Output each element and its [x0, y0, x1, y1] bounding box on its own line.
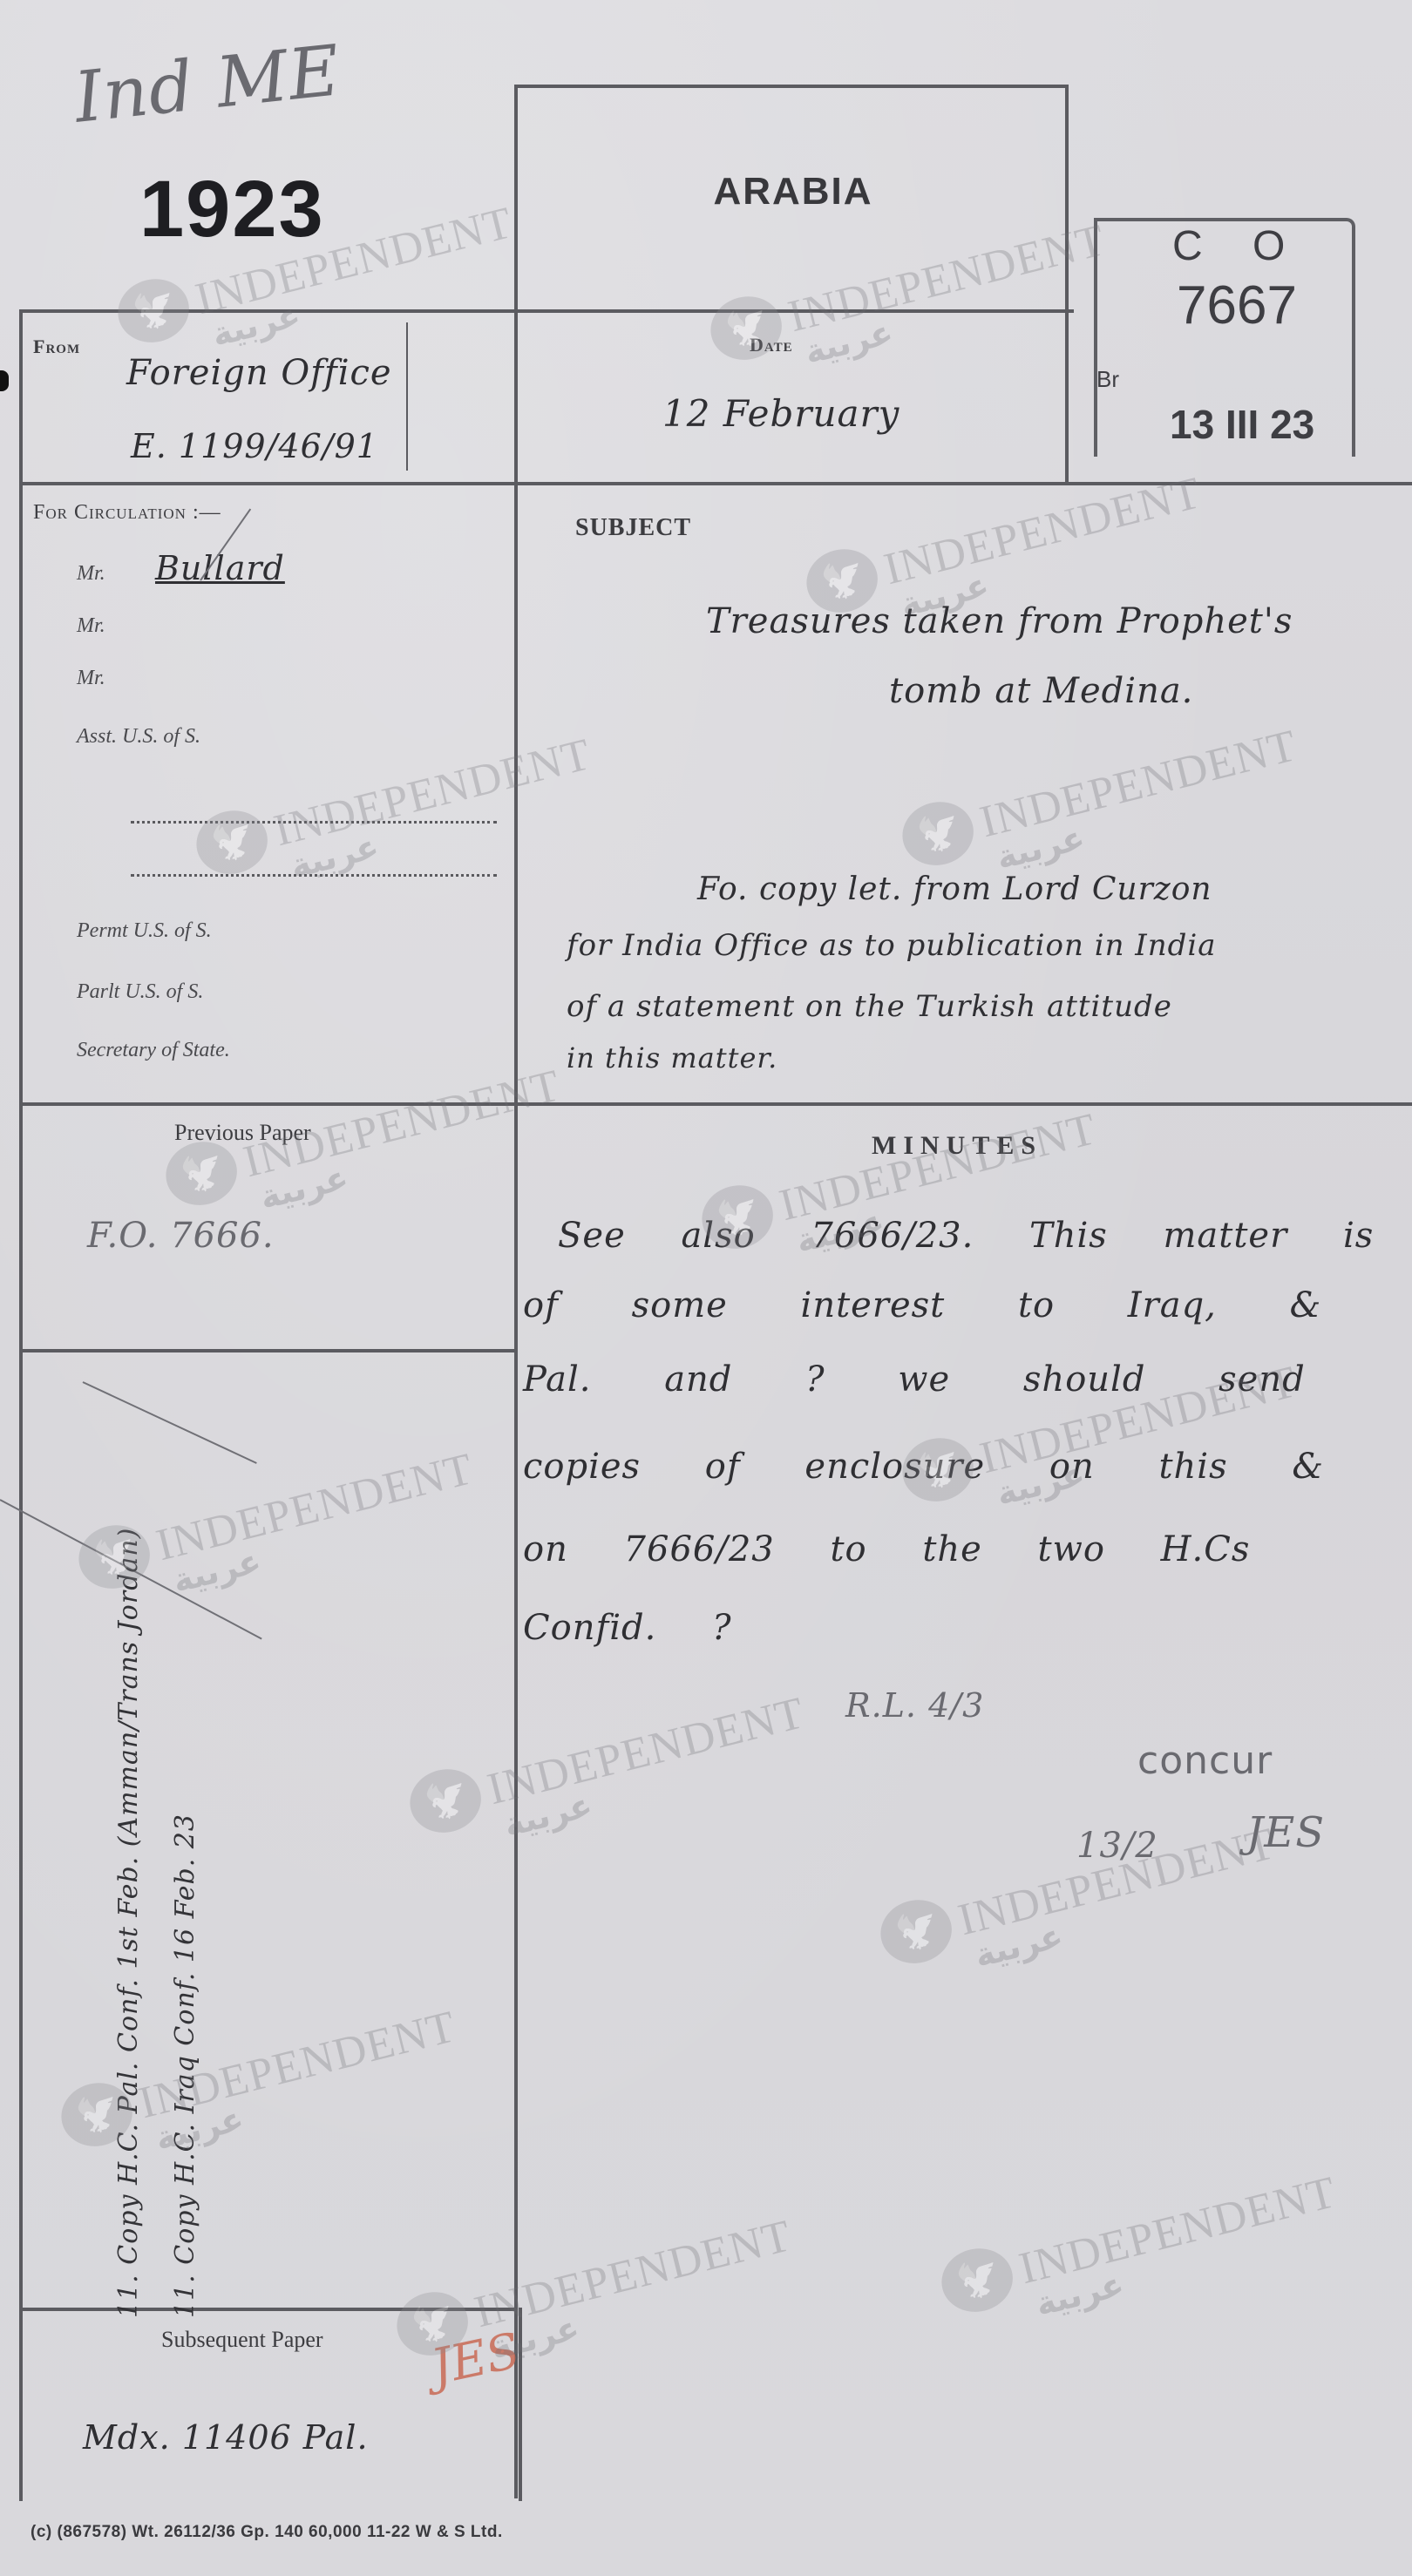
side-note-line-2: 11. Copy H.C. Iraq Conf. 16 Feb. 23 — [170, 1813, 200, 2318]
eagle-logo-icon — [404, 1762, 488, 1840]
arabia-box-top — [514, 85, 1069, 88]
subject-label: SUBJECT — [575, 514, 691, 542]
watermark: INDEPENDENTعربية — [404, 1681, 818, 1865]
subject-row-top-rule — [19, 482, 1412, 485]
bracket-stroke-2 — [83, 1381, 257, 1464]
minutes-line-5: on 7666/23 to the two H.Cs — [523, 1529, 1250, 1569]
minutes-label: MINUTES — [872, 1131, 1042, 1161]
from-label: From — [33, 336, 80, 358]
subject-body-line1: Fo. copy let. from Lord Curzon — [697, 871, 1212, 907]
subject-body-line3: of a statement on the Turkish attitude — [567, 989, 1172, 1024]
country-heading: ARABIA — [514, 170, 1072, 214]
eagle-logo-icon — [935, 2241, 1020, 2320]
subject-title-line1: Treasures taken from Prophet's — [706, 601, 1293, 641]
circulation-label: For Circulation :— — [33, 501, 221, 525]
stamp-dept: C O — [1172, 222, 1304, 270]
previous-paper-bottom-rule — [19, 1349, 516, 1352]
handwritten-tag: Ind ME — [71, 30, 344, 138]
red-initials-stamp: JES — [426, 2322, 525, 2396]
circulation-lower-3: Secretary of State. — [77, 1039, 230, 1062]
previous-paper-value: F.O. 7666. — [87, 1216, 275, 1256]
watermark: INDEPENDENTعربية — [896, 714, 1310, 898]
minutes-top-rule — [19, 1102, 1412, 1106]
stamp-side-mark: Br — [1096, 366, 1119, 393]
eagle-logo-icon — [160, 1135, 244, 1213]
from-row-top-rule — [19, 309, 1074, 313]
circulation-title-4: Asst. U.S. of S. — [77, 725, 200, 749]
subsequent-right-rule — [519, 2308, 522, 2501]
minutes-line-6: Confid. ? — [523, 1608, 732, 1648]
eagle-logo-icon — [874, 1893, 959, 1971]
circulation-name-1: Bullard — [155, 549, 285, 587]
center-column-rule — [514, 85, 518, 2498]
minutes-line-3: Pal. and ? we should send — [523, 1359, 1306, 1400]
minutes-line-4: copies of enclosure on this & — [523, 1447, 1324, 1487]
subject-body-line4: in this matter. — [567, 1041, 777, 1074]
watermark: INDEPENDENTعربية — [935, 2160, 1349, 2344]
stamp-number: 7667 — [1177, 275, 1297, 336]
minutes-note-2: concur — [1137, 1739, 1273, 1783]
minutes-line-2: of some interest to Iraq, & — [523, 1285, 1321, 1325]
subject-title-line2: tomb at Medina. — [889, 671, 1193, 711]
subject-body-line2: for India Office as to publication in In… — [567, 928, 1217, 963]
eagle-logo-icon — [190, 803, 275, 882]
dotted-line-2 — [131, 874, 497, 877]
binding-marker — [0, 370, 9, 391]
subsequent-paper-top-rule — [19, 2308, 516, 2311]
from-value: Foreign Office — [126, 353, 392, 393]
minutes-initials-2: JES — [1246, 1808, 1325, 1857]
circulation-lower-2: Parlt U.S. of S. — [77, 980, 203, 1004]
circulation-title-1: Mr. — [77, 562, 105, 586]
year-heading: 1923 — [139, 164, 325, 255]
printer-imprint: (c) (867578) Wt. 26112/36 Gp. 140 60,000… — [31, 2523, 503, 2542]
arabia-box-right — [1065, 85, 1069, 484]
eagle-logo-icon — [896, 795, 981, 873]
minutes-initials-1: R.L. 4/3 — [845, 1686, 984, 1725]
minutes-line-1: See also 7666/23. This matter is — [558, 1216, 1374, 1256]
minutes-date-2: 13/2 — [1076, 1826, 1158, 1866]
circulation-title-2: Mr. — [77, 614, 105, 638]
stamp-date: 13 III 23 — [1170, 401, 1314, 448]
date-value: 12 February — [662, 392, 899, 435]
dotted-line-1 — [131, 821, 497, 824]
circulation-title-3: Mr. — [77, 667, 105, 690]
side-note-line-1: 11. Copy H.C. Pal. Conf. 1st Feb. (Amman… — [113, 1528, 144, 2318]
from-inner-rule — [406, 322, 408, 471]
subsequent-paper-value: Mdx. 11406 Pal. — [83, 2418, 369, 2457]
archival-document-page: Ind ME 1923 ARABIA C O 7667 Br 13 III 23… — [0, 0, 1412, 2576]
from-reference: E. 1199/46/91 — [131, 427, 378, 465]
circulation-lower-1: Permt U.S. of S. — [77, 919, 212, 943]
subsequent-paper-label: Subsequent Paper — [161, 2327, 323, 2353]
previous-paper-label: Previous Paper — [174, 1120, 311, 1146]
watermark: INDEPENDENTعربية — [704, 208, 1118, 392]
date-label: Date — [750, 334, 793, 356]
watermark: INDEPENDENTعربية — [190, 722, 604, 906]
left-border — [19, 309, 23, 2501]
